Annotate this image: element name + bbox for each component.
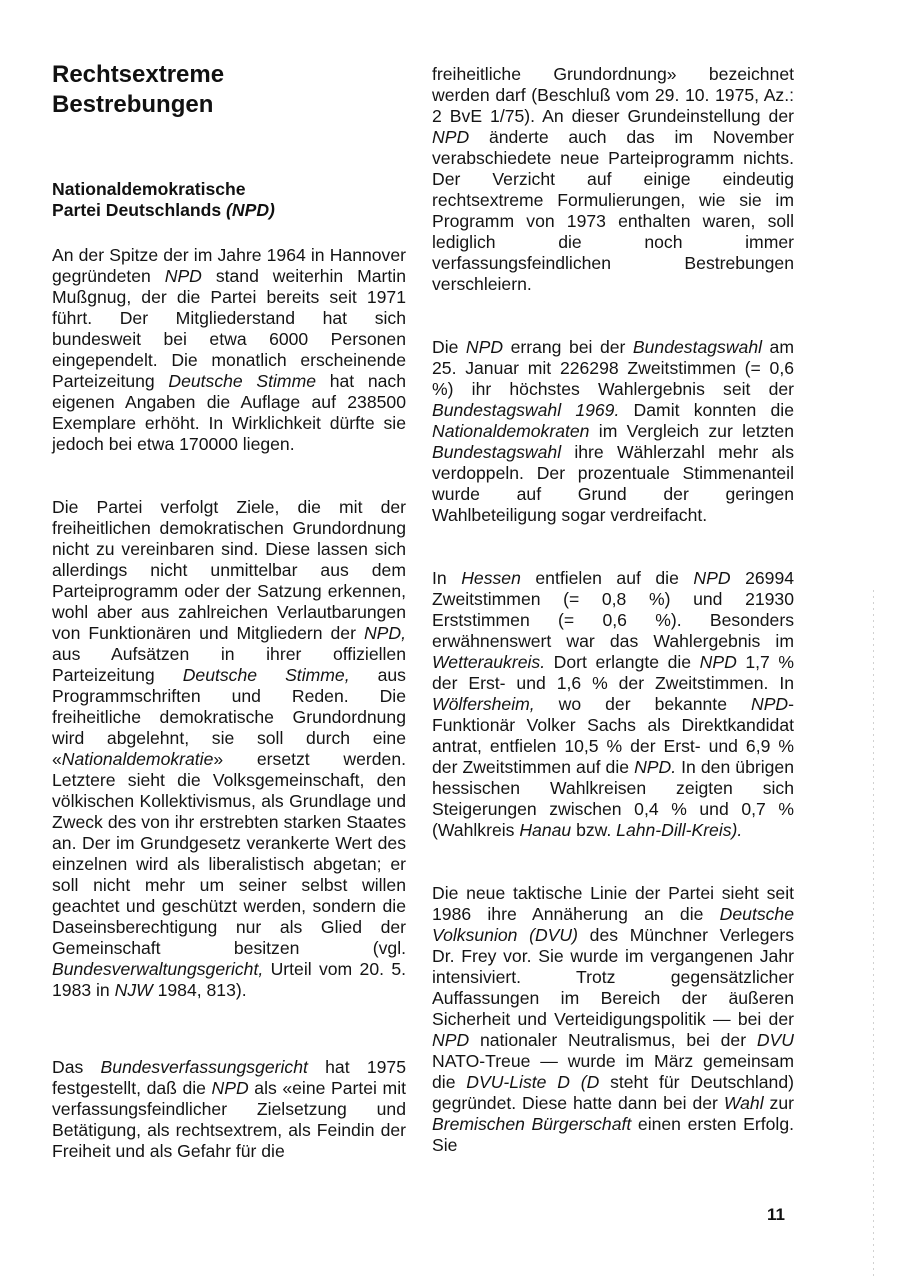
italic-run: NPD <box>165 266 202 286</box>
text-run: änderte auch das im November verabschied… <box>432 127 794 294</box>
text-run: Das <box>52 1057 101 1077</box>
italic-run: NPD. <box>634 757 676 777</box>
italic-run: Nationaldemokratie <box>62 749 214 769</box>
italic-run: NPD, <box>364 623 406 643</box>
italic-run: Bundestagswahl 1969. <box>432 400 619 420</box>
text-run: Die <box>432 337 466 357</box>
italic-run: Wahl <box>724 1093 764 1113</box>
italic-run: Bremischen Bürgerschaft <box>432 1114 631 1134</box>
section-heading-abbrev: (NPD) <box>226 200 275 220</box>
italic-run: Hessen <box>461 568 521 588</box>
text-run: Dort erlangte die <box>545 652 700 672</box>
section-heading-line1: Nationaldemokratische <box>52 179 246 199</box>
italic-run: Bundesverfassungsgericht <box>101 1057 308 1077</box>
page-number: 11 <box>767 1205 785 1225</box>
text-run: » ersetzt werden. Letztere sieht die Vol… <box>52 749 406 958</box>
italic-run: Deutsche Stimme, <box>183 665 350 685</box>
paragraph-npd-leadership: An der Spitze der im Jahre 1964 in Hanno… <box>52 245 406 455</box>
text-run: entfielen auf die <box>521 568 694 588</box>
text-run: errang bei der <box>503 337 633 357</box>
italic-run: NPD <box>693 568 730 588</box>
paragraph-court-ruling: Das Bundesverfassungsgericht hat 1975 fe… <box>52 1057 406 1162</box>
text-run: zur <box>764 1093 794 1113</box>
italic-run: NPD <box>466 337 503 357</box>
text-run: 1984, 813). <box>153 980 247 1000</box>
text-run: im Vergleich zur letzten <box>589 421 794 441</box>
italic-run: NPD <box>432 1030 469 1050</box>
page-title-line1: Rechtsextreme <box>52 61 224 88</box>
text-run: bzw. <box>571 820 616 840</box>
italic-run: Deutsche Stimme <box>168 371 316 391</box>
italic-run: NJW <box>115 980 153 1000</box>
italic-run: Bundestagswahl <box>633 337 762 357</box>
italic-run: Bundestagswahl <box>432 442 561 462</box>
italic-run: DVU-Liste D (D <box>466 1072 599 1092</box>
text-run: nationaler Neutralismus, bei der <box>469 1030 757 1050</box>
page-title-line2: Bestrebungen <box>52 91 213 118</box>
italic-run: Wölfersheim, <box>432 694 535 714</box>
italic-run: NPD <box>432 127 469 147</box>
paragraph-npd-goals: Die Partei verfolgt Ziele, die mit der f… <box>52 497 406 1001</box>
paragraph-dvu-alliance: Die neue taktische Linie der Partei sieh… <box>432 883 794 1156</box>
page-title: Rechtsextreme Bestrebungen <box>52 60 406 120</box>
section-heading: Nationaldemokratische Partei Deutschland… <box>52 179 406 221</box>
italic-run: NPD <box>751 694 788 714</box>
scan-edge-artifact <box>873 590 874 1276</box>
italic-run: Hanau <box>519 820 571 840</box>
document-page: Rechtsextreme Bestrebungen Nationaldemok… <box>0 0 900 1276</box>
italic-run: DVU <box>757 1030 794 1050</box>
text-run: Damit konnten die <box>619 400 794 420</box>
text-run: freiheitliche Grundordnung» bezeichnet w… <box>432 64 794 126</box>
text-run: In <box>432 568 461 588</box>
text-run: wo der bekannte <box>535 694 751 714</box>
paragraph-federal-election: Die NPD errang bei der Bundestagswahl am… <box>432 337 794 526</box>
italic-run: NPD <box>700 652 737 672</box>
italic-run: Lahn-Dill-Kreis). <box>616 820 742 840</box>
italic-run: Wetteraukreis. <box>432 652 545 672</box>
italic-run: Nationaldemokraten <box>432 421 589 441</box>
italic-run: NPD <box>212 1078 249 1098</box>
section-heading-line2: Partei Deutschlands <box>52 200 226 220</box>
paragraph-court-ruling-continued: freiheitliche Grundordnung» bezeichnet w… <box>432 64 794 295</box>
text-run: Die Partei verfolgt Ziele, die mit der f… <box>52 497 406 643</box>
paragraph-hessen-results: In Hessen entfielen auf die NPD 26994 Zw… <box>432 568 794 841</box>
italic-run: Bundesverwaltungsgericht, <box>52 959 263 979</box>
